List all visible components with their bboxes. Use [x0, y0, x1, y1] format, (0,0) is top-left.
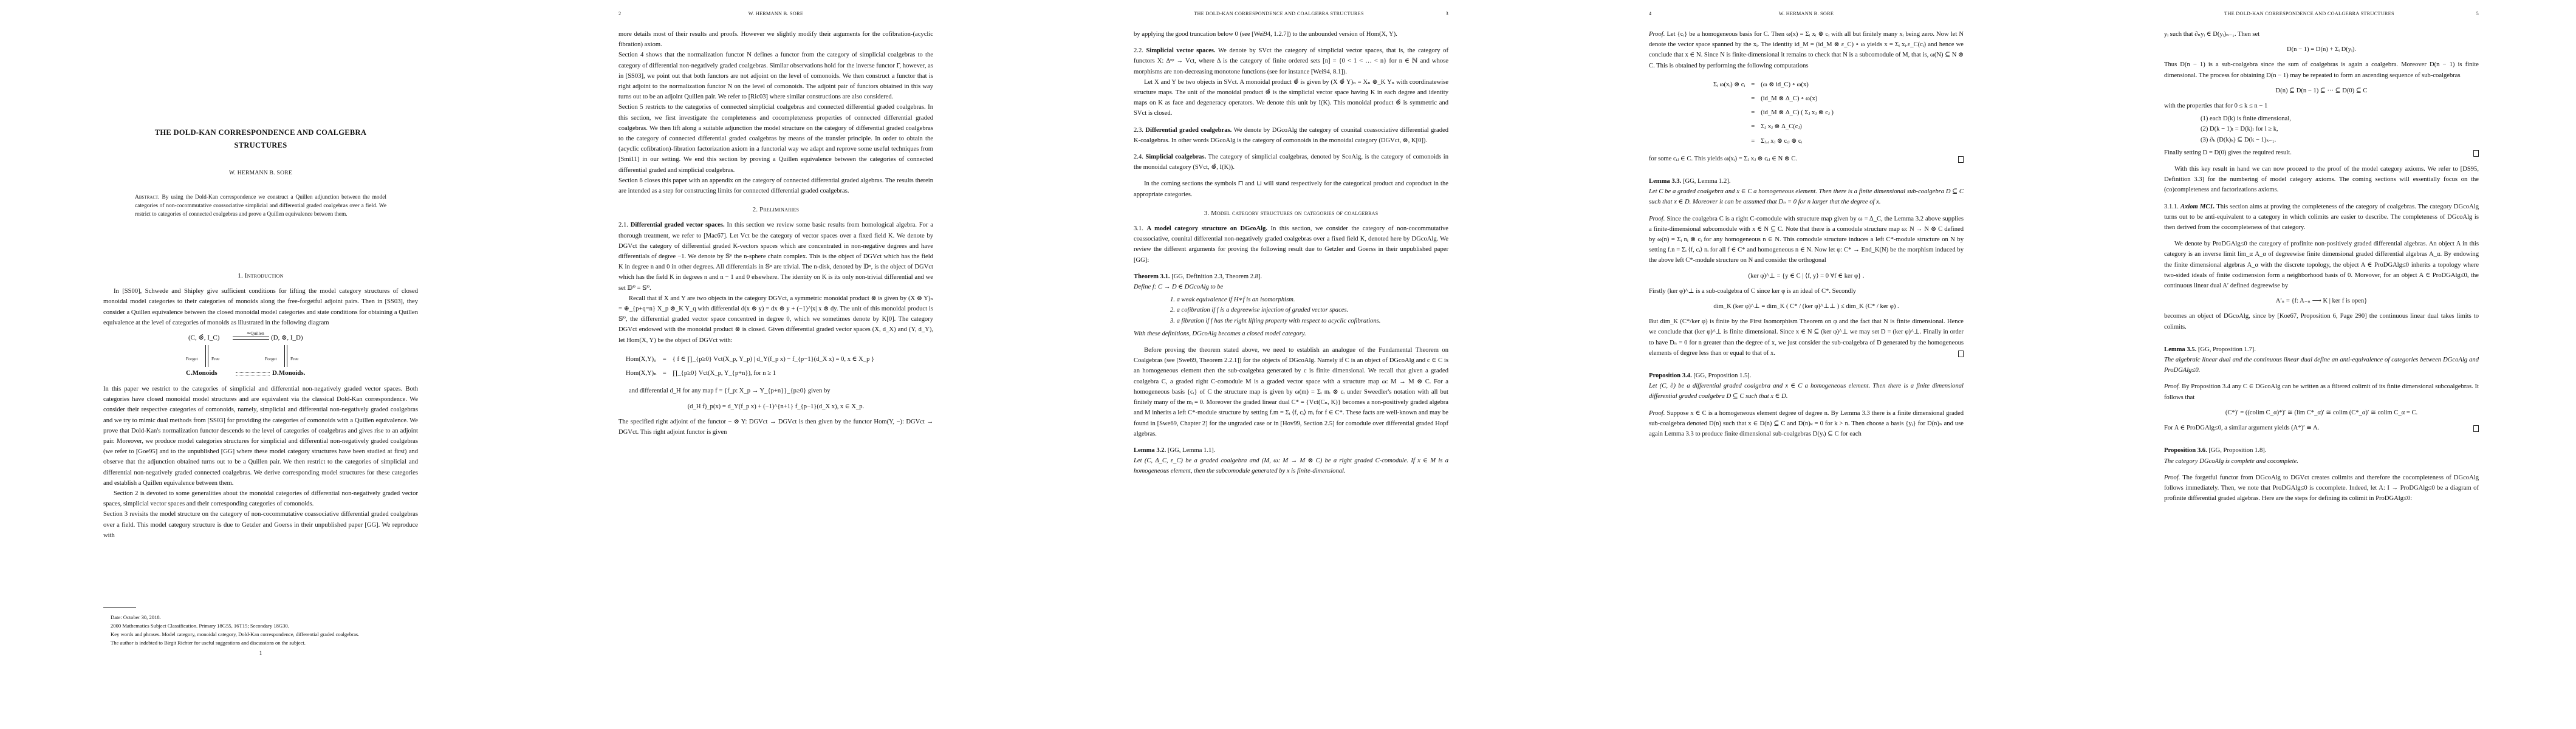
lemma-ref: [GG, Lemma 1.2]. — [1681, 178, 1730, 185]
subsection-number: 2.4. — [1134, 154, 1143, 160]
theorem-list: 1. a weak equivalence if H∗f is an isomo… — [1146, 295, 1448, 326]
subsection-number: 2.3. — [1134, 127, 1143, 134]
page-5-body: yᵢ such that ∂ₙyᵢ ∈ D(yᵢ)ₙ₋₁. Then set D… — [2164, 29, 2479, 504]
paragraph: and differential d_H for any map f = {f_… — [618, 386, 933, 396]
page-3-body: by applying the good truncation below 0 … — [1134, 29, 1448, 477]
proof-proposition-3-4: Proof. Suppose x ∈ C is a homogeneous el… — [1649, 408, 1964, 440]
homn-lhs: Hom(X,Y)ₙ — [623, 367, 659, 380]
paragraph: Section 6 closes this paper with an appe… — [618, 176, 933, 196]
lemma-3-3: Lemma 3.3. [GG, Lemma 1.2]. Let C be a g… — [1649, 176, 1964, 208]
lemma-ref: [GG, Lemma 1.1]. — [1166, 447, 1215, 454]
subsection-2-4: 2.4. Simplicial coalgebras. The category… — [1134, 152, 1448, 173]
equation: A′ₙ = {f: A₋ₙ ⟶ K | ker f is open} — [2164, 296, 2479, 306]
proposition-statement: The category DGcoAlg is complete and coc… — [2164, 456, 2479, 467]
computation-step: (ω ⊗ id_C) ∘ ω(x) — [1758, 78, 1836, 91]
page-2: 2 W. HERMANN B. SORE more details most o… — [515, 0, 1030, 729]
paragraph: Let X and Y be two objects in SVct. A mo… — [1134, 77, 1448, 119]
proof-text: For A ∈ ProDGAlg≤0, a similar argument y… — [2164, 425, 2319, 431]
lemma-label: Lemma 3.2. — [1134, 447, 1166, 454]
list-item: (2) D(k − 1)ₗ = D(k)ₗ for l ≥ k, — [2201, 124, 2479, 134]
intro-paragraph-3: Section 2 is devoted to some generalitie… — [103, 488, 418, 509]
lemma-3-5: Lemma 3.5. [GG, Proposition 1.7]. The al… — [2164, 344, 2479, 376]
left-arrow — [233, 339, 269, 340]
subsubsection-3-1-1: 3.1.1. Axiom MC1. This section aims at p… — [2164, 202, 2479, 233]
right-arrow — [233, 337, 269, 337]
proof-end: for some cᵢⱼ ∈ C. This yields ω(xᵢ) = Σⱼ… — [1649, 154, 1964, 164]
paragraph: Recall that if X and Y are two objects i… — [618, 293, 933, 346]
right-down-arrow — [287, 345, 287, 367]
computation: Σᵢ ω(xᵢ) ⊗ cᵢ=(ω ⊗ id_C) ∘ ω(x) =(id_M ⊗… — [1710, 77, 1837, 149]
paragraph: by applying the good truncation below 0 … — [1134, 29, 1448, 39]
running-head-title: THE DOLD-KAN CORRESPONDENCE AND COALGEBR… — [2164, 11, 2454, 16]
dotted-right-arrow — [236, 372, 270, 373]
proposition-ref: [GG, Proposition 1.5]. — [1692, 372, 1752, 379]
paragraph: more details most of their results and p… — [618, 29, 933, 50]
proposition-label: Proposition 3.6. — [2164, 447, 2207, 454]
list-item: (3) ∂ₖ (D(k)ₖ) ⊆ D(k − 1)ₖ₋₁. — [2201, 135, 2479, 145]
qed-icon — [1958, 156, 1964, 163]
abstract: Abstract. By using the Dold-Kan correspo… — [135, 193, 386, 219]
proof-label: Proof. — [2164, 474, 2180, 481]
footnote-date: Date: October 30, 2018. — [103, 613, 418, 621]
proof-lemma-3-5: Proof. By Proposition 3.4 any C ∈ DGcoAl… — [2164, 382, 2479, 402]
proof-text: Let {cᵢ} be a homogeneous basis for C. T… — [1649, 31, 1964, 69]
subsection-title: Differential graded coalgebras. — [1145, 127, 1231, 134]
proof-end: But dim_K (C*/ker φ) is finite by the Fi… — [1649, 317, 1964, 358]
homn-rhs: ∏_{p≥0} Vct(X_p, Y_{p+n}), for n ≥ 1 — [670, 367, 877, 380]
proof-text: Finally setting D = D(0) gives the requi… — [2164, 149, 2292, 156]
subsection-title: Simplicial vector spaces. — [1146, 47, 1216, 54]
subsection-number: 3.1.1. — [2164, 204, 2179, 210]
left-up-arrow — [205, 345, 206, 367]
running-head: 2 W. HERMANN B. SORE — [618, 11, 933, 19]
subsection-title: Simplicial coalgebras. — [1145, 154, 1206, 160]
subsection-2-3: 2.3. Differential graded coalgebras. We … — [1134, 125, 1448, 146]
subsection-number: 3.1. — [1134, 225, 1143, 232]
left-free-label: Free — [211, 354, 219, 364]
proof-text: The forgetful functor from DGcoAlg to DG… — [2164, 474, 2479, 502]
commutative-diagram: (C, ⊗̂, I_C) ≃Quillen (D, ⊗, I_D) Forget… — [103, 330, 418, 383]
subsection-title: A model category structure on DGcoAlg. — [1146, 225, 1267, 232]
equals: = — [1749, 106, 1757, 119]
equals: = — [1749, 135, 1757, 148]
differential-equation: (d_H f)_p(x) = d_Y(f_p x) + (−1)^{n+1} f… — [618, 402, 933, 412]
theorem-ref: [GG, Definition 2.3, Theorem 2.8]. — [1170, 273, 1262, 280]
proposition-ref: [GG, Proposition 1.8]. — [2207, 447, 2267, 454]
paragraph: Section 4 shows that the normalization f… — [618, 50, 933, 102]
dotted-left-arrow — [236, 375, 270, 375]
footnote-thanks: The author is indebted to Birgit Richter… — [103, 638, 418, 647]
footnote-msc: 2000 Mathematics Subject Classification.… — [103, 621, 418, 630]
proof-end: Finally setting D = D(0) gives the requi… — [2164, 148, 2479, 158]
lemma-3-2: Lemma 3.2. [GG, Lemma 1.1]. Let (C, Δ_C,… — [1134, 445, 1448, 477]
section-1-heading: 1. Introduction — [103, 271, 418, 281]
page-number: 1 — [103, 650, 418, 656]
computation-step: (id_M ⊗ Δ_C) ( Σⱼ xⱼ ⊗ cⱼ ) — [1758, 106, 1836, 119]
proposition-3-6: Proposition 3.6. [GG, Proposition 1.8]. … — [2164, 445, 2479, 466]
computation-step: (id_M ⊗ Δ_C) ∘ ω(x) — [1758, 92, 1836, 105]
intro-paragraph-4: Section 3 revisits the model structure o… — [103, 509, 418, 541]
lemma-label: Lemma 3.5. — [2164, 346, 2196, 353]
paragraph: Section 5 restricts to the categories of… — [618, 102, 933, 175]
equation: D(n) ⊆ D(n − 1) ⊆ ··· ⊆ D(0) ⊆ C — [2164, 86, 2479, 96]
proof-label: Proof. — [2164, 383, 2180, 390]
page-4: 4 W. HERMANN B. SORE Proof. Let {cᵢ} be … — [1546, 0, 2061, 729]
proposition-3-4: Proposition 3.4. [GG, Proposition 1.5]. … — [1649, 371, 1964, 402]
paragraph: With this key result in hand we can now … — [2164, 164, 2479, 196]
footnote-keywords: Key words and phrases. Model category, m… — [103, 630, 418, 638]
equals: = — [660, 353, 669, 366]
running-head: THE DOLD-KAN CORRESPONDENCE AND COALGEBR… — [2164, 11, 2479, 19]
dimension-equation: dim_K (ker φ)^⊥ = dim_K ( C* / (ker φ)^⊥… — [1649, 301, 1964, 312]
subsection-number: 2.1. — [618, 222, 628, 228]
paragraph: becomes an object of DGcoAlg, since by [… — [2164, 311, 2479, 332]
diagram-top-right: (D, ⊗, I_D) — [271, 333, 303, 343]
diagram-bottom-left: C.Monoids — [186, 368, 218, 378]
page-number: 5 — [2476, 11, 2479, 16]
lemma-ref: [GG, Proposition 1.7]. — [2196, 346, 2256, 353]
diagram-top-left: (C, ⊗̂, I_C) — [188, 333, 219, 343]
lemma-label: Lemma 3.3. — [1649, 178, 1681, 185]
author: W. HERMANN B. SORE — [103, 170, 418, 176]
paragraph: We denote by ProDGAlg≤0 the category of … — [2164, 239, 2479, 291]
equation: (C*)′ = ((colim C_α)*)′ ≅ (lim C*_α)′ ≅ … — [2164, 408, 2479, 418]
equals: = — [1749, 92, 1757, 105]
list-item: (1) each D(k) is finite dimensional, — [2201, 114, 2479, 124]
page-2-body: more details most of their results and p… — [618, 29, 933, 437]
left-down-arrow — [208, 345, 208, 367]
theorem-conclusion: With these definitions, DGcoAlg becomes … — [1134, 329, 1448, 339]
subsection-2-1: 2.1. Differential graded vector spaces. … — [618, 220, 933, 293]
computation-lhs: Σᵢ ω(xᵢ) ⊗ cᵢ — [1711, 78, 1747, 91]
footnotes: Date: October 30, 2018. 2000 Mathematics… — [103, 607, 418, 647]
equals: = — [1749, 78, 1757, 91]
list-item: 1. a weak equivalence if H∗f is an isomo… — [1170, 295, 1448, 305]
computation-step: Σⱼ,ᵢ xⱼ ⊗ cᵢⱼ ⊗ cᵢ — [1758, 135, 1836, 148]
equation: D(n − 1) = D(n) + Σᵢ D(yᵢ). — [2164, 44, 2479, 55]
intro-paragraph-2: In this paper we restrict to the categor… — [103, 384, 418, 488]
title-line-1: THE DOLD-KAN CORRESPONDENCE AND COALGEBR… — [103, 126, 418, 139]
right-forget-label: Forget — [265, 354, 276, 364]
list-item: 2. a cofibration if f is a degreewise in… — [1170, 305, 1448, 315]
running-head: 4 W. HERMANN B. SORE — [1649, 11, 1964, 19]
subsection-2-2: 2.2. Simplicial vector spaces. We denote… — [1134, 46, 1448, 77]
proof-proposition-3-6: Proof. The forgetful functor from DGcoAl… — [2164, 473, 2479, 504]
section-2-heading: 2. Preliminaries — [618, 205, 933, 215]
abstract-label: Abstract. — [135, 194, 160, 200]
proof-text: for some cᵢⱼ ∈ C. This yields ω(xᵢ) = Σⱼ… — [1649, 156, 1797, 162]
left-forget-label: Forget — [186, 354, 197, 364]
running-head-title: THE DOLD-KAN CORRESPONDENCE AND COALGEBR… — [1134, 11, 1424, 16]
qed-icon — [1958, 351, 1964, 357]
paper-title: THE DOLD-KAN CORRESPONDENCE AND COALGEBR… — [103, 126, 418, 152]
equals: = — [660, 367, 669, 380]
proof-text: By Proposition 3.4 any C ∈ DGcoAlg can b… — [2164, 383, 2479, 400]
page-1-body: 1. Introduction In [SS00], Schwede and S… — [103, 262, 418, 541]
paragraph: Before proving the theorem stated above,… — [1134, 345, 1448, 439]
proof-label: Proof. — [1649, 31, 1665, 38]
list-item: 3. a fibration if f has the right liftin… — [1170, 316, 1448, 326]
running-head-title: W. HERMANN B. SORE — [1649, 11, 1964, 16]
subsection-text: In this section we review some basic res… — [618, 222, 933, 291]
proof-lemma-3-2: Proof. Let {cᵢ} be a homogeneous basis f… — [1649, 29, 1964, 71]
theorem-statement: Define f: C → D ∈ DGcoAlg to be — [1134, 282, 1448, 292]
page-number: 3 — [1446, 11, 1448, 16]
theorem-label: Theorem 3.1. — [1134, 273, 1170, 280]
subsection-title: Differential graded vector spaces. — [631, 222, 725, 228]
diagram-bottom-right: D.Monoids. — [272, 368, 305, 378]
proposition-statement: Let (C, ∂) be a differential graded coal… — [1649, 381, 1964, 402]
proof-end: For A ∈ ProDGAlg≤0, a similar argument y… — [2164, 423, 2479, 433]
orthogonal-equation: (ker φ)^⊥ = {y ∈ C | ⟨f, y⟩ = 0 ∀f ∈ ker… — [1649, 271, 1964, 281]
running-head: THE DOLD-KAN CORRESPONDENCE AND COALGEBR… — [1134, 11, 1448, 19]
hom-equation: Hom(X,Y)₀ = { f ∈ ∏_{p≥0} Vct(X_p, Y_p) … — [622, 352, 878, 381]
proof-text: Suppose x ∈ C is a homogeneous element d… — [1649, 410, 1964, 437]
proof-text: But dim_K (C*/ker φ) is finite by the Fi… — [1649, 318, 1964, 357]
right-free-label: Free — [290, 354, 298, 364]
equals: = — [1749, 120, 1757, 133]
paragraph: yᵢ such that ∂ₙyᵢ ∈ D(yᵢ)ₙ₋₁. Then set — [2164, 29, 2479, 39]
properties-list: (1) each D(k) is finite dimensional, (2)… — [2176, 114, 2479, 145]
proposition-label: Proposition 3.4. — [1649, 372, 1692, 379]
hom0-rhs: { f ∈ ∏_{p≥0} Vct(X_p, Y_p) | d_Y(f_p x)… — [670, 353, 877, 366]
footnote-rule — [103, 607, 136, 608]
right-up-arrow — [284, 345, 285, 367]
paragraph: The specified right adjoint of the funct… — [618, 417, 933, 437]
paragraph: In the coming sections the symbols ⊓ and… — [1134, 179, 1448, 199]
intro-paragraph-1: In [SS00], Schwede and Shipley give suff… — [103, 286, 418, 328]
abstract-text: By using the Dold-Kan correspondence we … — [135, 194, 386, 217]
lemma-statement: The algebraic linear dual and the contin… — [2164, 355, 2479, 375]
proof-label: Proof. — [1649, 410, 1665, 417]
paragraph: Thus D(n − 1) is a sub-coalgebra since t… — [2164, 60, 2479, 80]
qed-icon — [2473, 150, 2479, 157]
lemma-statement: Let C be a graded coalgebra and x ∈ C a … — [1649, 187, 1964, 207]
theorem-3-1: Theorem 3.1. [GG, Definition 2.3, Theore… — [1134, 272, 1448, 339]
paragraph: Firstly (ker φ)^⊥ is a sub-coalgebra of … — [1649, 286, 1964, 296]
proof-text: Since the coalgebra C is a right C-comod… — [1649, 216, 1964, 264]
paragraph: with the properties that for 0 ≤ k ≤ n −… — [2164, 101, 2479, 111]
proof-lemma-3-3: Proof. Since the coalgebra C is a right … — [1649, 214, 1964, 266]
subsection-number: 2.2. — [1134, 47, 1143, 54]
subsection-title: Axiom MC1. — [2180, 204, 2215, 210]
page-5: THE DOLD-KAN CORRESPONDENCE AND COALGEBR… — [2061, 0, 2576, 729]
computation-step: Σⱼ xⱼ ⊗ Δ_C(cⱼ) — [1758, 120, 1836, 133]
title-line-2: STRUCTURES — [103, 139, 418, 152]
page-4-body: Proof. Let {cᵢ} be a homogeneous basis f… — [1649, 29, 1964, 439]
lemma-statement: Let (C, Δ_C, ε_C) be a graded coalgebra … — [1134, 456, 1448, 476]
running-head-title: W. HERMANN B. SORE — [618, 11, 933, 16]
hom0-lhs: Hom(X,Y)₀ — [623, 353, 659, 366]
section-3-heading: 3. Model category structures on categori… — [1134, 208, 1448, 219]
proof-label: Proof. — [1649, 216, 1665, 222]
subsection-3-1: 3.1. A model category structure on DGcoA… — [1134, 224, 1448, 265]
page-1: THE DOLD-KAN CORRESPONDENCE AND COALGEBR… — [0, 0, 515, 729]
qed-icon — [2473, 425, 2479, 432]
page-3: THE DOLD-KAN CORRESPONDENCE AND COALGEBR… — [1030, 0, 1546, 729]
